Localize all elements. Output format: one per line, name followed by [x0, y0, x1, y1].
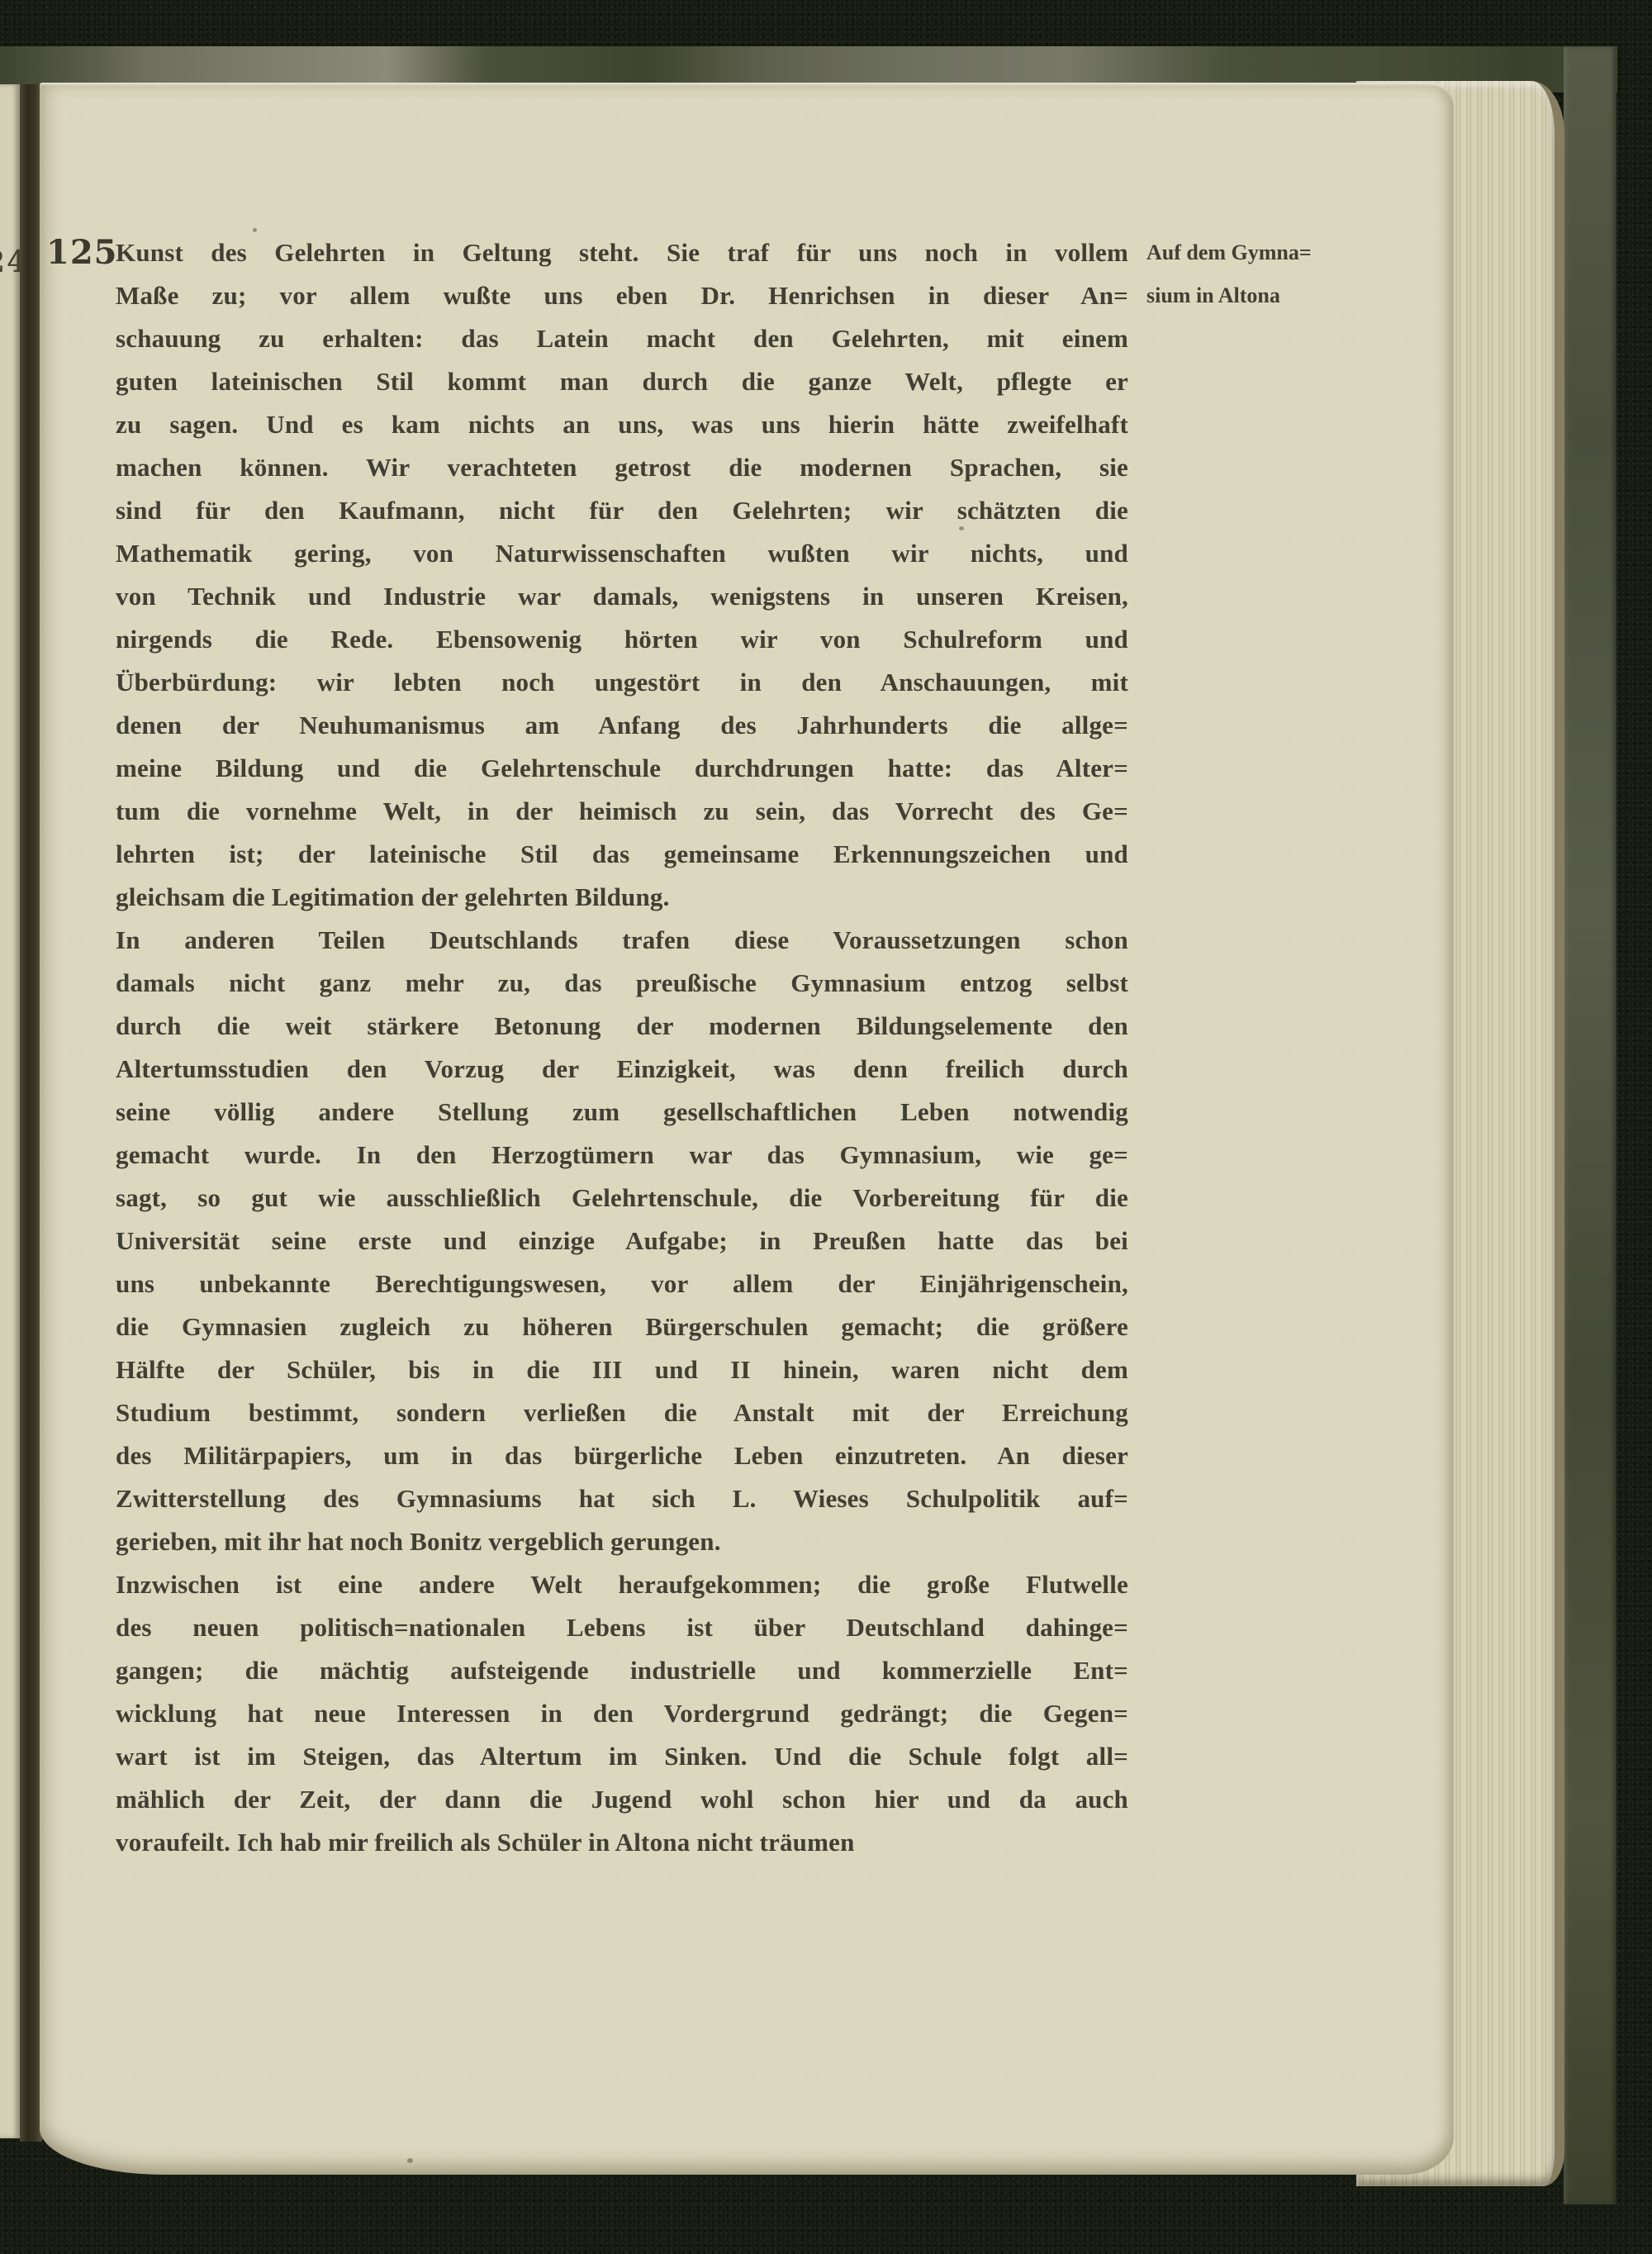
paper-speck: [253, 228, 257, 232]
paper-speck: [407, 2158, 413, 2163]
text-line: gangen; die mächtig aufsteigende industr…: [116, 1649, 1128, 1692]
gutter-shadow: [20, 84, 42, 2142]
text-line: durch die weit stärkere Betonung der mod…: [116, 1005, 1128, 1048]
margin-note: Auf dem Gymna= sium in Altona: [1146, 231, 1403, 317]
text-line: gemacht wurde. In den Herzogtümern war d…: [116, 1134, 1128, 1177]
text-line: uns unbekannte Berechtigungswesen, vor a…: [116, 1263, 1128, 1305]
text-line: schauung zu erhalten: das Latein macht d…: [116, 317, 1128, 360]
text-line: guten lateinischen Stil kommt man durch …: [116, 360, 1128, 403]
text-line: sind für den Kaufmann, nicht für den Gel…: [116, 489, 1128, 532]
facing-page-sliver: 24: [0, 84, 20, 2138]
text-line: Studium bestimmt, sondern verließen die …: [116, 1391, 1128, 1434]
text-line: denen der Neuhumanismus am Anfang des Ja…: [116, 704, 1128, 747]
text-line: wart ist im Steigen, das Altertum im Sin…: [116, 1735, 1128, 1778]
margin-note-line: Auf dem Gymna=: [1146, 231, 1403, 274]
text-line: lehrten ist; der lateinische Stil das ge…: [116, 833, 1128, 876]
text-line-paragraph-end: gerieben, mit ihr hat noch Bonitz vergeb…: [116, 1520, 1128, 1563]
book-page: 125 Kunst des Gelehrten in Geltung steht…: [40, 83, 1454, 2175]
text-line: Inzwischen ist eine andere Welt heraufge…: [116, 1563, 1128, 1606]
text-line: des Militärpapiers, um in das bürgerlich…: [116, 1434, 1128, 1477]
text-line: tum die vornehme Welt, in der heimisch z…: [116, 790, 1128, 833]
text-line-paragraph-end: gleichsam die Legitimation der gelehrten…: [116, 876, 1128, 919]
book-scan: 24 125 Kunst des Gelehrten in Geltung st…: [0, 0, 1652, 2254]
facing-page-number: 24: [0, 245, 20, 279]
text-line: Mathematik gering, von Naturwissenschaft…: [116, 532, 1128, 575]
text-line: von Technik und Industrie war damals, we…: [116, 575, 1128, 618]
text-line: In anderen Teilen Deutschlands trafen di…: [116, 919, 1128, 962]
text-line: Altertumsstudien den Vorzug der Einzigke…: [116, 1048, 1128, 1091]
text-line: damals nicht ganz mehr zu, das preußisch…: [116, 962, 1128, 1005]
text-line: sagt, so gut wie ausschließlich Gelehrte…: [116, 1177, 1128, 1220]
margin-note-line: sium in Altona: [1146, 274, 1403, 317]
text-line: Kunst des Gelehrten in Geltung steht. Si…: [116, 231, 1128, 274]
text-line: nirgends die Rede. Ebensowenig hörten wi…: [116, 618, 1128, 661]
text-line: Hälfte der Schüler, bis in die III und I…: [116, 1348, 1128, 1391]
text-line: Überbürdung: wir lebten noch ungestört i…: [116, 661, 1128, 704]
text-line: zu sagen. Und es kam nichts an uns, was …: [116, 403, 1128, 446]
text-line: die Gymnasien zugleich zu höheren Bürger…: [116, 1305, 1128, 1348]
text-line: des neuen politisch=nationalen Lebens is…: [116, 1606, 1128, 1649]
cover-edge-right: [1564, 46, 1616, 2204]
text-line: voraufeilt. Ich hab mir freilich als Sch…: [116, 1821, 1128, 1864]
paper-speck: [959, 526, 964, 530]
text-line: mählich der Zeit, der dann die Jugend wo…: [116, 1778, 1128, 1821]
text-line: Zwitterstellung des Gymnasiums hat sich …: [116, 1477, 1128, 1520]
body-text: Kunst des Gelehrten in Geltung steht. Si…: [116, 231, 1128, 1864]
text-line: Universität seine erste und einzige Aufg…: [116, 1220, 1128, 1263]
text-line: Maße zu; vor allem wußte uns eben Dr. He…: [116, 274, 1128, 317]
text-line: seine völlig andere Stellung zum gesells…: [116, 1091, 1128, 1134]
text-line: machen können. Wir verachteten getrost d…: [116, 446, 1128, 489]
text-line: wicklung hat neue Interessen in den Vord…: [116, 1692, 1128, 1735]
page-number: 125: [46, 231, 112, 274]
text-line: meine Bildung und die Gelehrtenschule du…: [116, 747, 1128, 790]
